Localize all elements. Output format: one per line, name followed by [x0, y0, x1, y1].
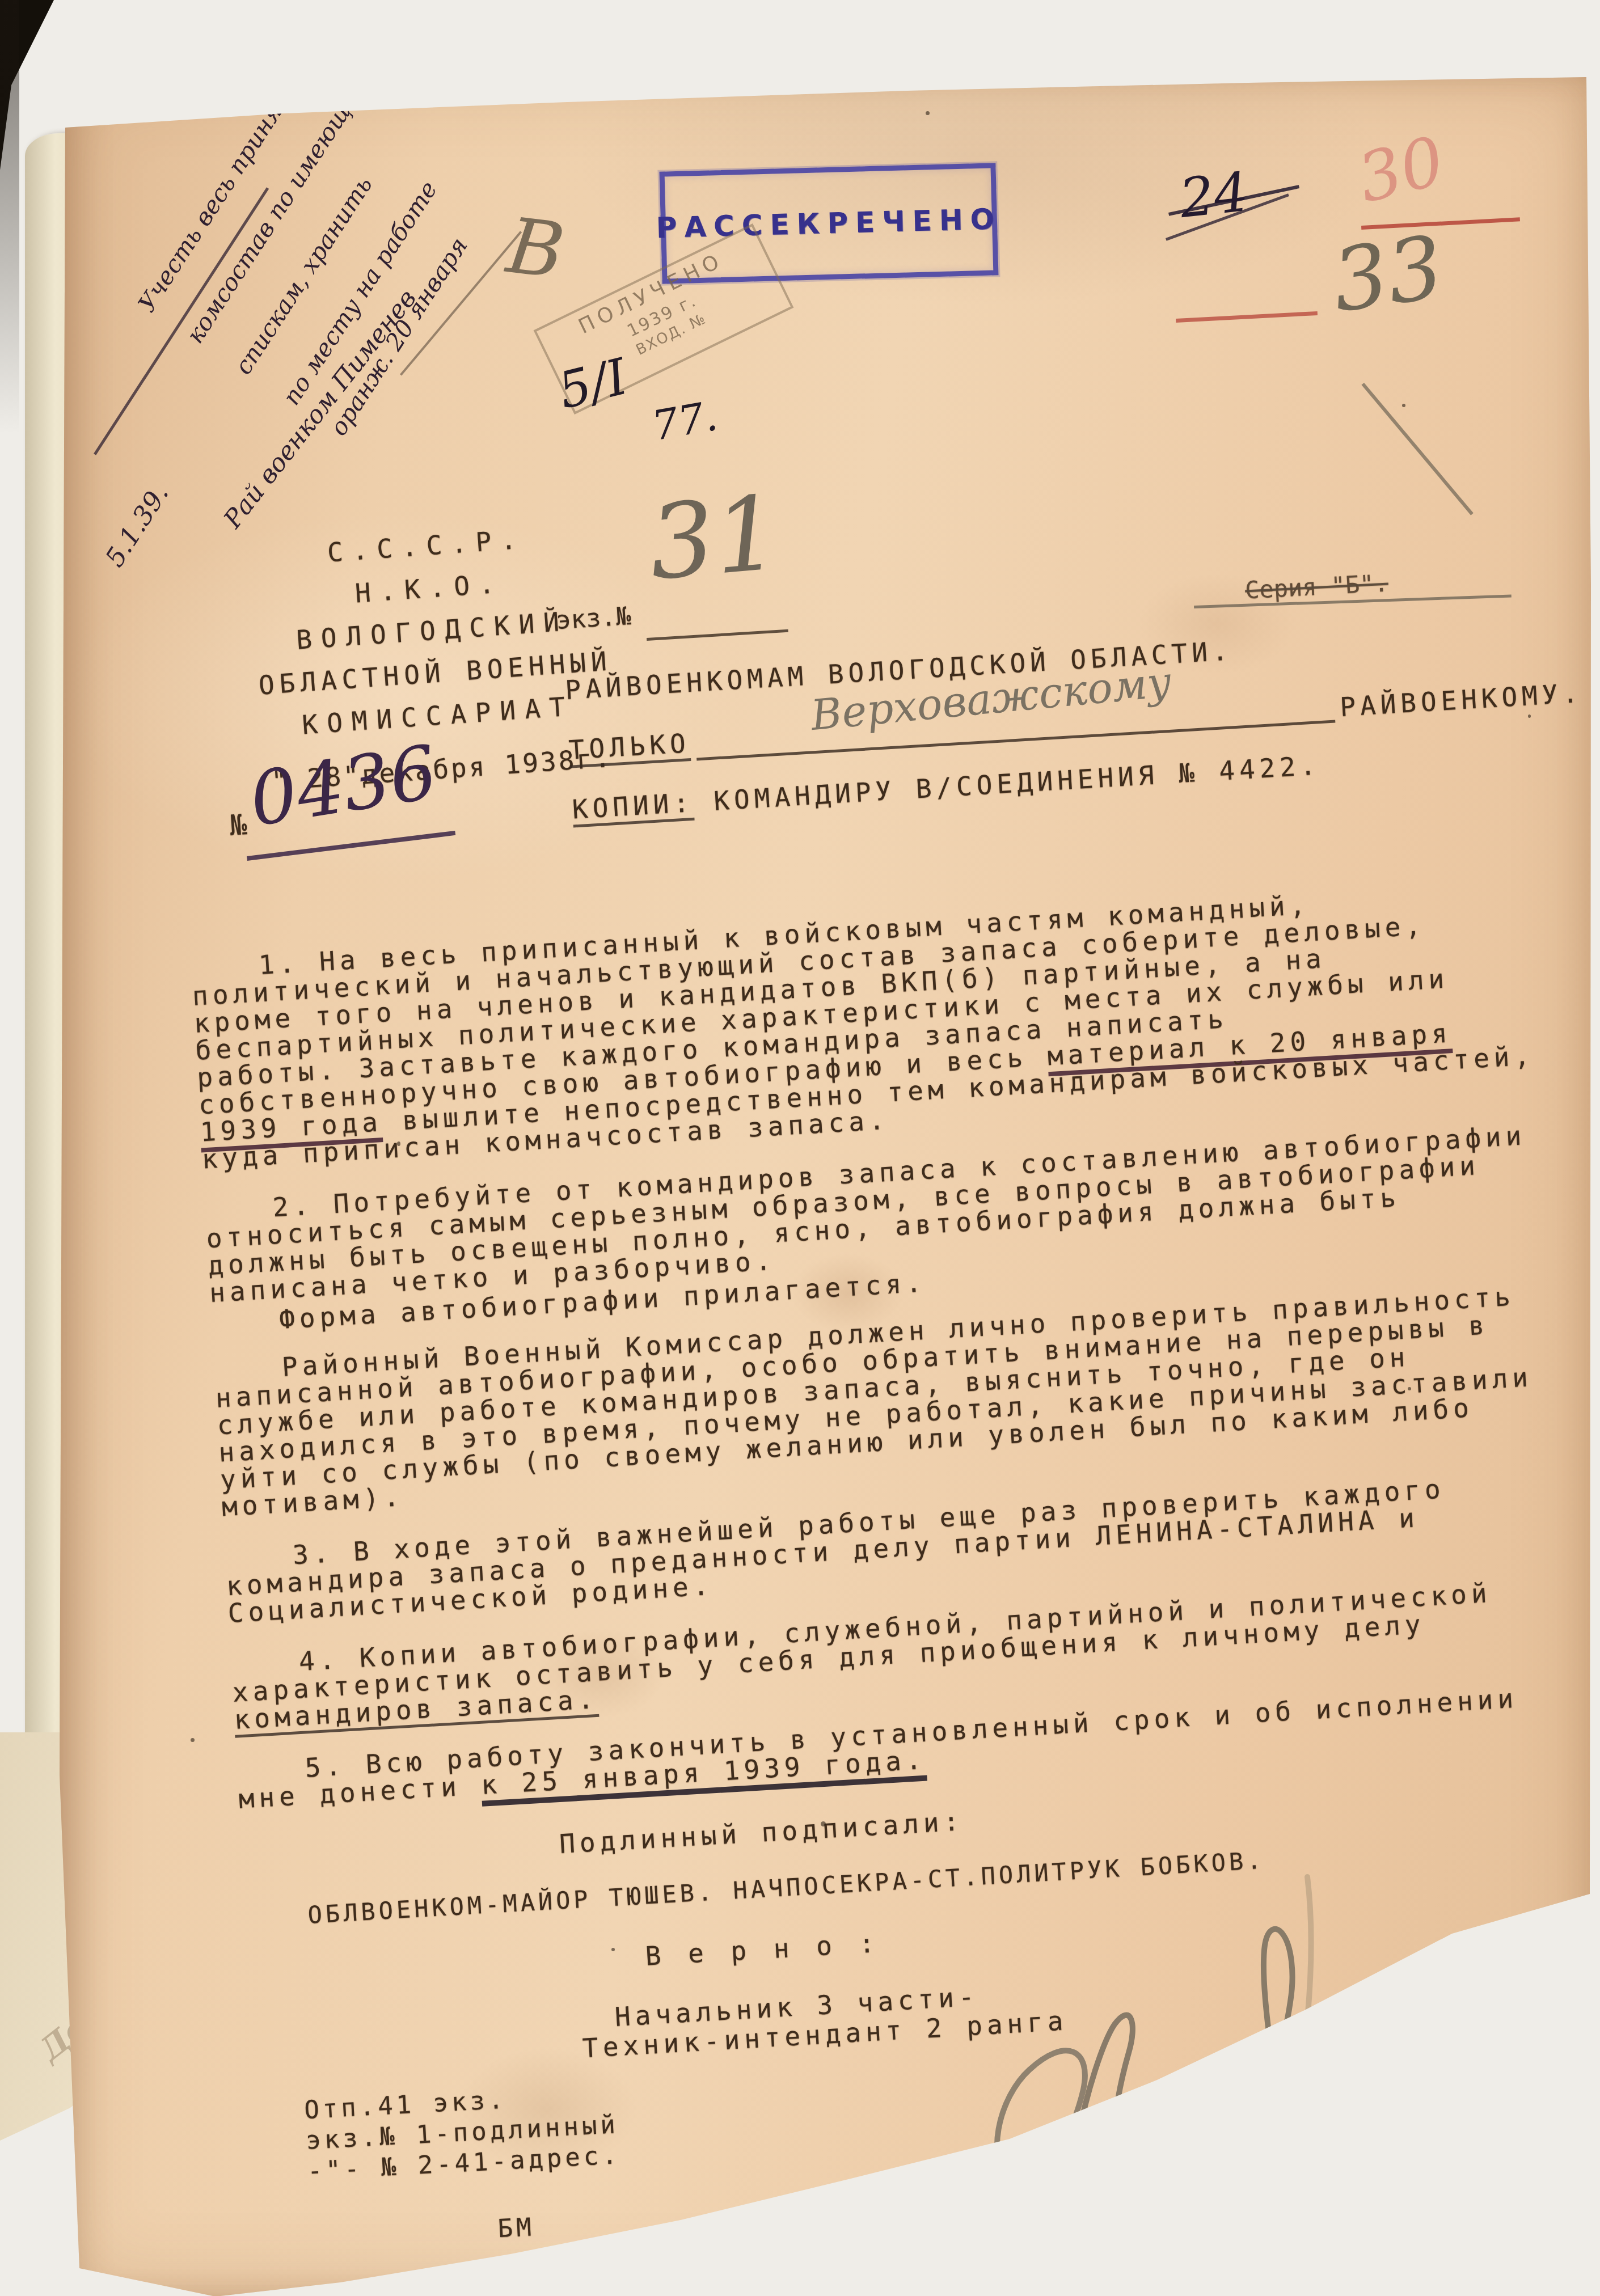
dust-speck: [397, 1141, 400, 1146]
copy-number-label: экз.№: [555, 602, 632, 635]
paragraph-1: 1. На весь приписанный к войсковым частя…: [190, 878, 1539, 1173]
dust-speck: [821, 1821, 826, 1826]
pencil-signature: [944, 1854, 1409, 2296]
received-hand-number: 77.: [649, 392, 721, 450]
footer-block: Отп.41 экз. экз.№ 1-подлинный -"- № 2-41…: [303, 2079, 624, 2253]
dust-speck: [926, 111, 930, 115]
copy-text: КОМАНДИРУ В/СОЕДИНЕНИЯ № 4422.: [693, 750, 1321, 818]
dust-speck: [611, 1948, 615, 1951]
dust-speck: [1528, 714, 1531, 718]
pencil-number: 33: [1327, 217, 1449, 331]
handnote-line: Рай военком Пименев: [218, 284, 422, 534]
scanned-document-photo: КИЙ ЕНКОМ 1939 г. Доложено Учесть весь п…: [0, 0, 1600, 2296]
copy-number-hand: 31: [644, 473, 784, 603]
addressee-only: ТОЛЬКО: [568, 728, 691, 768]
letterhead-number-label: №: [229, 808, 248, 842]
pencil-flourish: [1361, 383, 1473, 515]
footer-initials: БМ: [497, 2208, 624, 2244]
pencil-letter-mark: В: [503, 201, 569, 297]
dust-speck: [1408, 1387, 1411, 1390]
declassified-stamp-text: РАССЕКРЕЧЕНО: [656, 202, 1002, 244]
dust-speck: [191, 1738, 195, 1742]
certifier-name: (КРОТОВ): [1344, 1987, 1483, 2023]
addressee-rvk: РАЙВОЕНКОМУ.: [1339, 678, 1584, 722]
series-struck-text: Серия "Б".: [1244, 569, 1389, 604]
red-underline: [1176, 311, 1318, 323]
copy-label: КОПИИ:: [572, 787, 695, 828]
dust-speck: [1402, 404, 1405, 407]
red-pencil-number: 30: [1350, 121, 1452, 218]
document-page: Учесть весь принятый комсостав по имеющ.…: [60, 74, 1594, 2296]
binding-edge-shadow: [0, 0, 19, 510]
